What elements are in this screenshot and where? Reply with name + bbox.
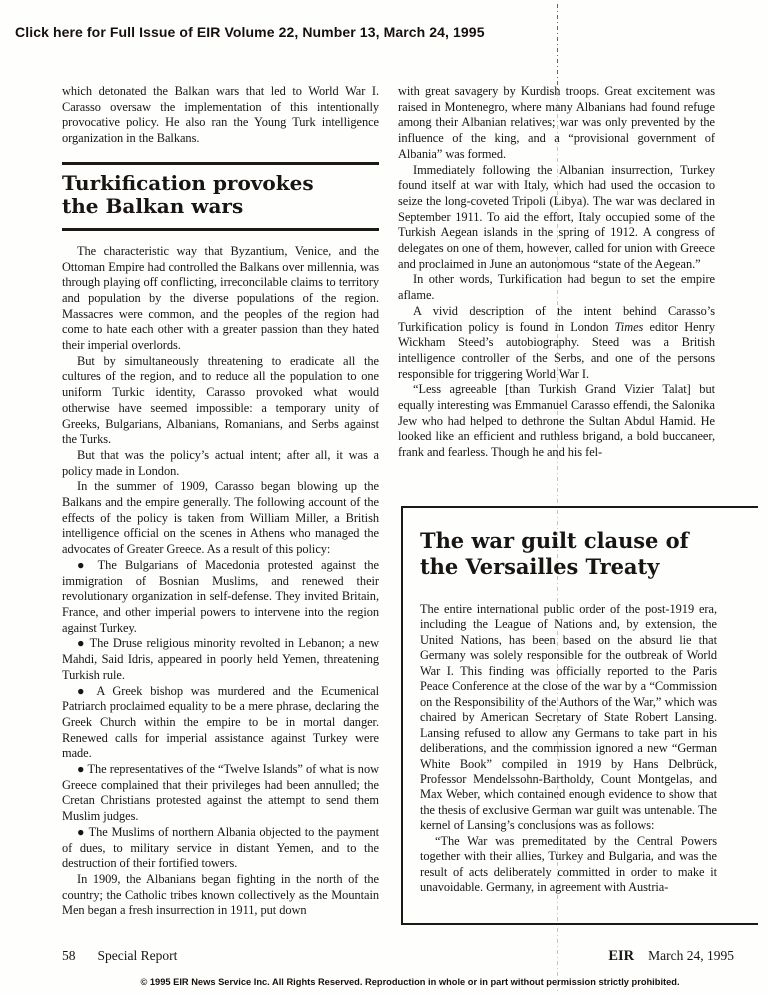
war-guilt-sidebar-box: The war guilt clause of the Versailles T… bbox=[401, 506, 758, 925]
body-paragraph: Immediately following the Albanian insur… bbox=[398, 163, 715, 273]
magazine-scan-page: Click here for Full Issue of EIR Volume … bbox=[0, 0, 768, 994]
sidebar-paragraph: “The War was premeditated by the Central… bbox=[420, 834, 717, 896]
bullet-item: ● The Druse religious minority revolted … bbox=[62, 636, 379, 683]
copyright-notice: © 1995 EIR News Service Inc. All Rights … bbox=[55, 977, 765, 987]
scan-fold-line-top bbox=[557, 4, 558, 92]
body-paragraph: The characteristic way that Byzantium, V… bbox=[62, 244, 379, 354]
bullet-item: ● A Greek bishop was murdered and the Ec… bbox=[62, 684, 379, 763]
sidebar-title-line-2: the Versailles Treaty bbox=[420, 554, 717, 580]
full-issue-link[interactable]: Click here for Full Issue of EIR Volume … bbox=[15, 24, 485, 40]
body-paragraph: But that was the policy’s actual intent;… bbox=[62, 448, 379, 479]
page-footer-right: EIRMarch 24, 1995 bbox=[608, 948, 734, 965]
body-paragraph: In the summer of 1909, Carasso began blo… bbox=[62, 479, 379, 558]
bullet-item: ● The Bulgarians of Macedonia protested … bbox=[62, 558, 379, 637]
body-paragraph: with great savagery by Kurdish troops. G… bbox=[398, 84, 715, 163]
right-column: with great savagery by Kurdish troops. G… bbox=[398, 84, 715, 461]
body-paragraph: In other words, Turkification had begun … bbox=[398, 272, 715, 303]
left-column: which detonated the Balkan wars that led… bbox=[62, 84, 379, 919]
sidebar-title-line-1: The war guilt clause of bbox=[420, 528, 717, 554]
body-paragraph: A vivid description of the intent behind… bbox=[398, 304, 715, 383]
bullet-item: ● The representatives of the “Twelve Isl… bbox=[62, 762, 379, 825]
section-heading: Turkification provokes the Balkan wars bbox=[62, 162, 379, 231]
section-heading-line-1: Turkification provokes bbox=[62, 172, 379, 196]
body-paragraph: But by simultaneously threatening to era… bbox=[62, 354, 379, 448]
section-name: Special Report bbox=[98, 948, 178, 963]
body-paragraph: In 1909, the Albanians began fighting in… bbox=[62, 872, 379, 919]
section-heading-line-2: the Balkan wars bbox=[62, 195, 379, 219]
issue-date: March 24, 1995 bbox=[648, 948, 734, 963]
sidebar-paragraph: The entire international public order of… bbox=[420, 602, 717, 834]
body-paragraph: “Less agreeable [than Turkish Grand Vizi… bbox=[398, 382, 715, 461]
sidebar-title: The war guilt clause of the Versailles T… bbox=[420, 528, 717, 580]
italic-title-times: Times bbox=[615, 320, 644, 334]
bullet-item: ● The Muslims of northern Albania object… bbox=[62, 825, 379, 872]
page-number: 58 bbox=[62, 948, 76, 963]
eir-brand: EIR bbox=[608, 948, 634, 964]
body-paragraph: which detonated the Balkan wars that led… bbox=[62, 84, 379, 147]
page-footer-left: 58Special Report bbox=[62, 948, 177, 964]
